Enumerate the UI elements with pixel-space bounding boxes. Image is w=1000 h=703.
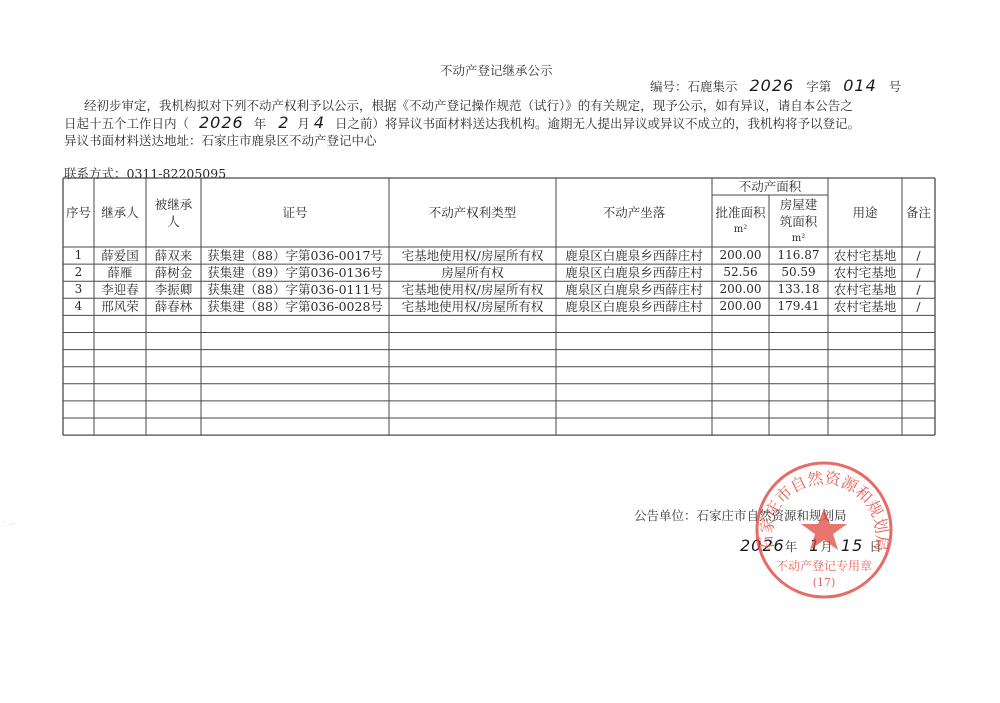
- table-cell-location: 鹿泉区白鹿泉乡西薛庄村: [556, 298, 712, 315]
- table-cell-approved-area: 200.00: [712, 281, 769, 298]
- table-cell-approved-area: 52.56: [712, 264, 769, 281]
- scan-artifact: · . :: [4, 520, 14, 527]
- document-number: 编号：石鹿集示 2026 字第 014 号: [650, 76, 901, 95]
- table-cell-seq: 1: [63, 247, 94, 264]
- table-cell-right-type: 宅基地使用权/房屋所有权: [389, 281, 556, 298]
- header-approved-area-line-1: 批准面积: [715, 204, 765, 221]
- deadline-month: 2: [278, 113, 289, 132]
- table-cell-decedent: 薛树金: [146, 264, 201, 281]
- header-heir: 继承人: [94, 178, 146, 247]
- header-location: 不动产坐落: [556, 178, 712, 247]
- deadline-year: 2026: [199, 113, 244, 132]
- table-cell-use: 农村宅基地: [828, 281, 902, 298]
- table-cell-cert-no: 获集建（89）字第036-0136号: [201, 264, 389, 281]
- table-cell-decedent: 薛双来: [146, 247, 201, 264]
- line2-text-a: 日起十五个工作日内（: [64, 116, 189, 131]
- line2-text-d: 日之前）将异议书面材料送达我机构。逾期无人提出异议或异议不成立的，我机构将予以登…: [335, 116, 860, 131]
- table-cell-location: 鹿泉区白鹿泉乡西薛庄村: [556, 264, 712, 281]
- table-cell-seq: 3: [63, 281, 94, 298]
- header-building-area-line-3: m²: [792, 230, 806, 247]
- header-seq: 序号: [63, 178, 94, 247]
- table-cell-location: 鹿泉区白鹿泉乡西薛庄村: [556, 281, 712, 298]
- header-right-type: 不动产权利类型: [389, 178, 556, 247]
- table-cell-remarks: /: [902, 264, 935, 281]
- header-area-group: 不动产面积: [712, 178, 828, 195]
- stamp-inner-text: 不动产登记专用章: [776, 558, 872, 573]
- table-cell-remarks: /: [902, 247, 935, 264]
- table-cell-cert-no: 获集建（88）字第036-0111号: [201, 281, 389, 298]
- table-cell-remarks: /: [902, 298, 935, 315]
- table-cell-cert-no: 获集建（88）字第036-0028号: [201, 298, 389, 315]
- header-use: 用途: [828, 178, 902, 247]
- table-cell-heir: 薛爱国: [94, 247, 146, 264]
- objection-address: 异议书面材料送达地址：石家庄市鹿泉区不动产登记中心: [64, 131, 377, 149]
- doc-number-prefix: 编号：石鹿集示: [650, 79, 738, 94]
- table-cell-seq: 4: [63, 298, 94, 315]
- table-cell-use: 农村宅基地: [828, 264, 902, 281]
- header-approved-area-line-2: m²: [734, 221, 748, 238]
- line2-text-c: 月: [297, 116, 310, 131]
- doc-number-year: 2026: [750, 76, 795, 95]
- header-building-area-line-1: 房屋建: [780, 196, 818, 213]
- deadline-day: 4: [314, 113, 325, 132]
- table-cell-remarks: /: [902, 281, 935, 298]
- table-cell-cert-no: 获集建（88）字第036-0017号: [201, 247, 389, 264]
- doc-number-suffix: 号: [889, 79, 902, 94]
- table-cell-approved-area: 200.00: [712, 298, 769, 315]
- notice-paragraph-line1: 经初步审定，我机构拟对下列不动产权利予以公示，根据《不动产登记操作规范（试行）》…: [84, 96, 853, 114]
- line2-text-b: 年: [254, 116, 267, 131]
- table-cell-right-type: 宅基地使用权/房屋所有权: [389, 298, 556, 315]
- header-building-area: 房屋建筑面积m²: [769, 195, 828, 247]
- table-cell-heir: 薛雁: [94, 264, 146, 281]
- table-cell-right-type: 宅基地使用权/房屋所有权: [389, 247, 556, 264]
- doc-number-serial: 014: [843, 76, 877, 95]
- header-approved-area: 批准面积m²: [712, 195, 769, 247]
- notice-paragraph-line2: 日起十五个工作日内（ 2026 年 2 月 4 日之前）将异议书面材料送达我机构…: [64, 113, 860, 132]
- official-seal: 石家庄市自然资源和规划局 不动产登记专用章 (17): [752, 458, 896, 602]
- table-cell-heir: 邢风荣: [94, 298, 146, 315]
- header-building-area-line-2: 筑面积: [780, 213, 818, 230]
- table-cell-building-area: 179.41: [769, 298, 828, 315]
- table-cell-building-area: 116.87: [769, 247, 828, 264]
- table-cell-location: 鹿泉区白鹿泉乡西薛庄村: [556, 247, 712, 264]
- table-cell-use: 农村宅基地: [828, 298, 902, 315]
- table-cell-seq: 2: [63, 264, 94, 281]
- table-cell-use: 农村宅基地: [828, 247, 902, 264]
- header-decedent: 被继承人: [152, 178, 195, 247]
- table-cell-building-area: 50.59: [769, 264, 828, 281]
- stamp-code: (17): [813, 576, 836, 589]
- table-cell-right-type: 房屋所有权: [389, 264, 556, 281]
- table-cell-heir: 李迎春: [94, 281, 146, 298]
- document-title: 不动产登记继承公示: [440, 61, 553, 79]
- header-cert-no: 证号: [201, 178, 389, 247]
- table-cell-approved-area: 200.00: [712, 247, 769, 264]
- table-cell-decedent: 薛春林: [146, 298, 201, 315]
- table-cell-building-area: 133.18: [769, 281, 828, 298]
- table-cell-decedent: 李振卿: [146, 281, 201, 298]
- header-remarks: 备注: [902, 178, 935, 247]
- doc-number-mid: 字第: [806, 79, 831, 94]
